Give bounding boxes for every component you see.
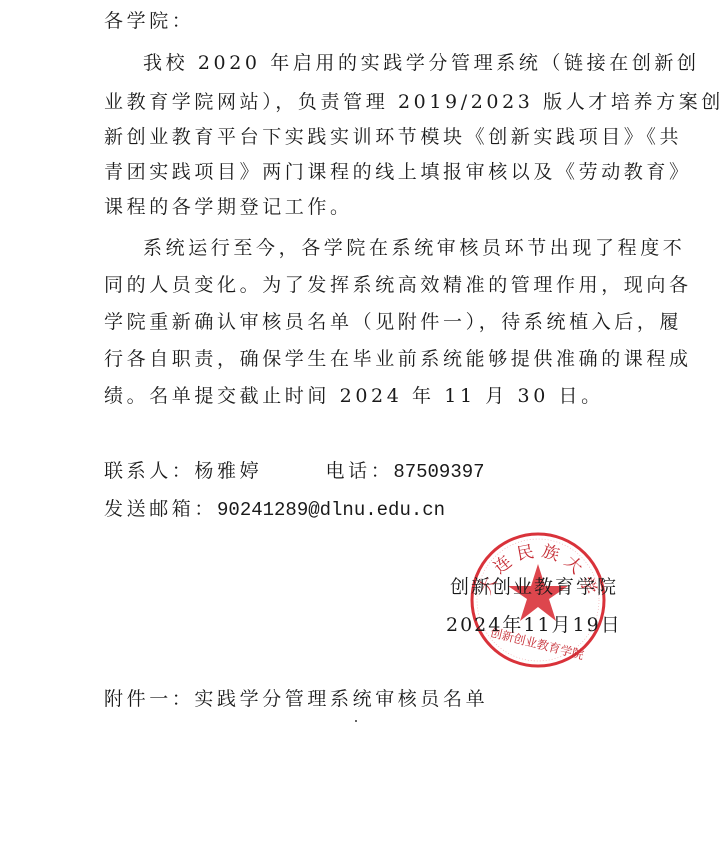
- paragraph-1-line-4: 青团实践项目》两门课程的线上填报审核以及《劳动教育》: [104, 159, 692, 185]
- email-label: 发送邮箱：: [104, 498, 217, 520]
- paragraph-2-line-2: 同的人员变化。为了发挥系统高效精准的管理作用，现向各: [104, 272, 692, 298]
- official-seal-icon: 大连民族大学 创新创业教育学院: [468, 530, 608, 670]
- phone-label: 电话：: [326, 460, 394, 482]
- contact-label: 联系人：: [104, 460, 194, 482]
- attachment-label: 附件一：: [104, 688, 194, 710]
- signature-org: 创新创业教育学院: [450, 574, 618, 600]
- contact-name: 杨雅婷: [194, 460, 262, 482]
- paragraph-1-line-3: 新创业教育平台下实践实训环节模块《创新实践项目》《共: [104, 124, 682, 150]
- attachment-title: 实践学分管理系统审核员名单: [194, 688, 488, 710]
- phone-number: 87509397: [393, 461, 484, 483]
- signature-date: 2024年11月19日: [446, 612, 622, 638]
- email-line: 发送邮箱：90241289@dlnu.edu.cn: [104, 496, 445, 523]
- paragraph-2-line-3: 学院重新确认审核员名单（见附件一），待系统植入后，履: [104, 309, 682, 335]
- contact-line: 联系人：杨雅婷 电话：87509397: [104, 458, 485, 485]
- speck: [355, 720, 357, 722]
- paragraph-1-line-5: 课程的各学期登记工作。: [104, 194, 353, 220]
- document-page: 各学院： 我校 2020 年启用的实践学分管理系统（链接在创新创 业教育学院网站…: [0, 0, 720, 856]
- email-address: 90241289@dlnu.edu.cn: [217, 499, 445, 521]
- attachment-line: 附件一：实践学分管理系统审核员名单: [104, 686, 488, 712]
- paragraph-2-line-1: 系统运行至今，各学院在系统审核员环节出现了程度不: [143, 235, 685, 261]
- paragraph-1-line-1: 我校 2020 年启用的实践学分管理系统（链接在创新创: [143, 50, 700, 76]
- paragraph-2-line-4: 行各自职责，确保学生在毕业前系统能够提供准确的课程成: [104, 346, 692, 372]
- paragraph-1-line-2: 业教育学院网站），负责管理 2019/2023 版人才培养方案创: [104, 89, 720, 115]
- paragraph-2-line-5: 绩。名单提交截止时间 2024 年 11 月 30 日。: [104, 383, 604, 409]
- salutation: 各学院：: [104, 8, 194, 34]
